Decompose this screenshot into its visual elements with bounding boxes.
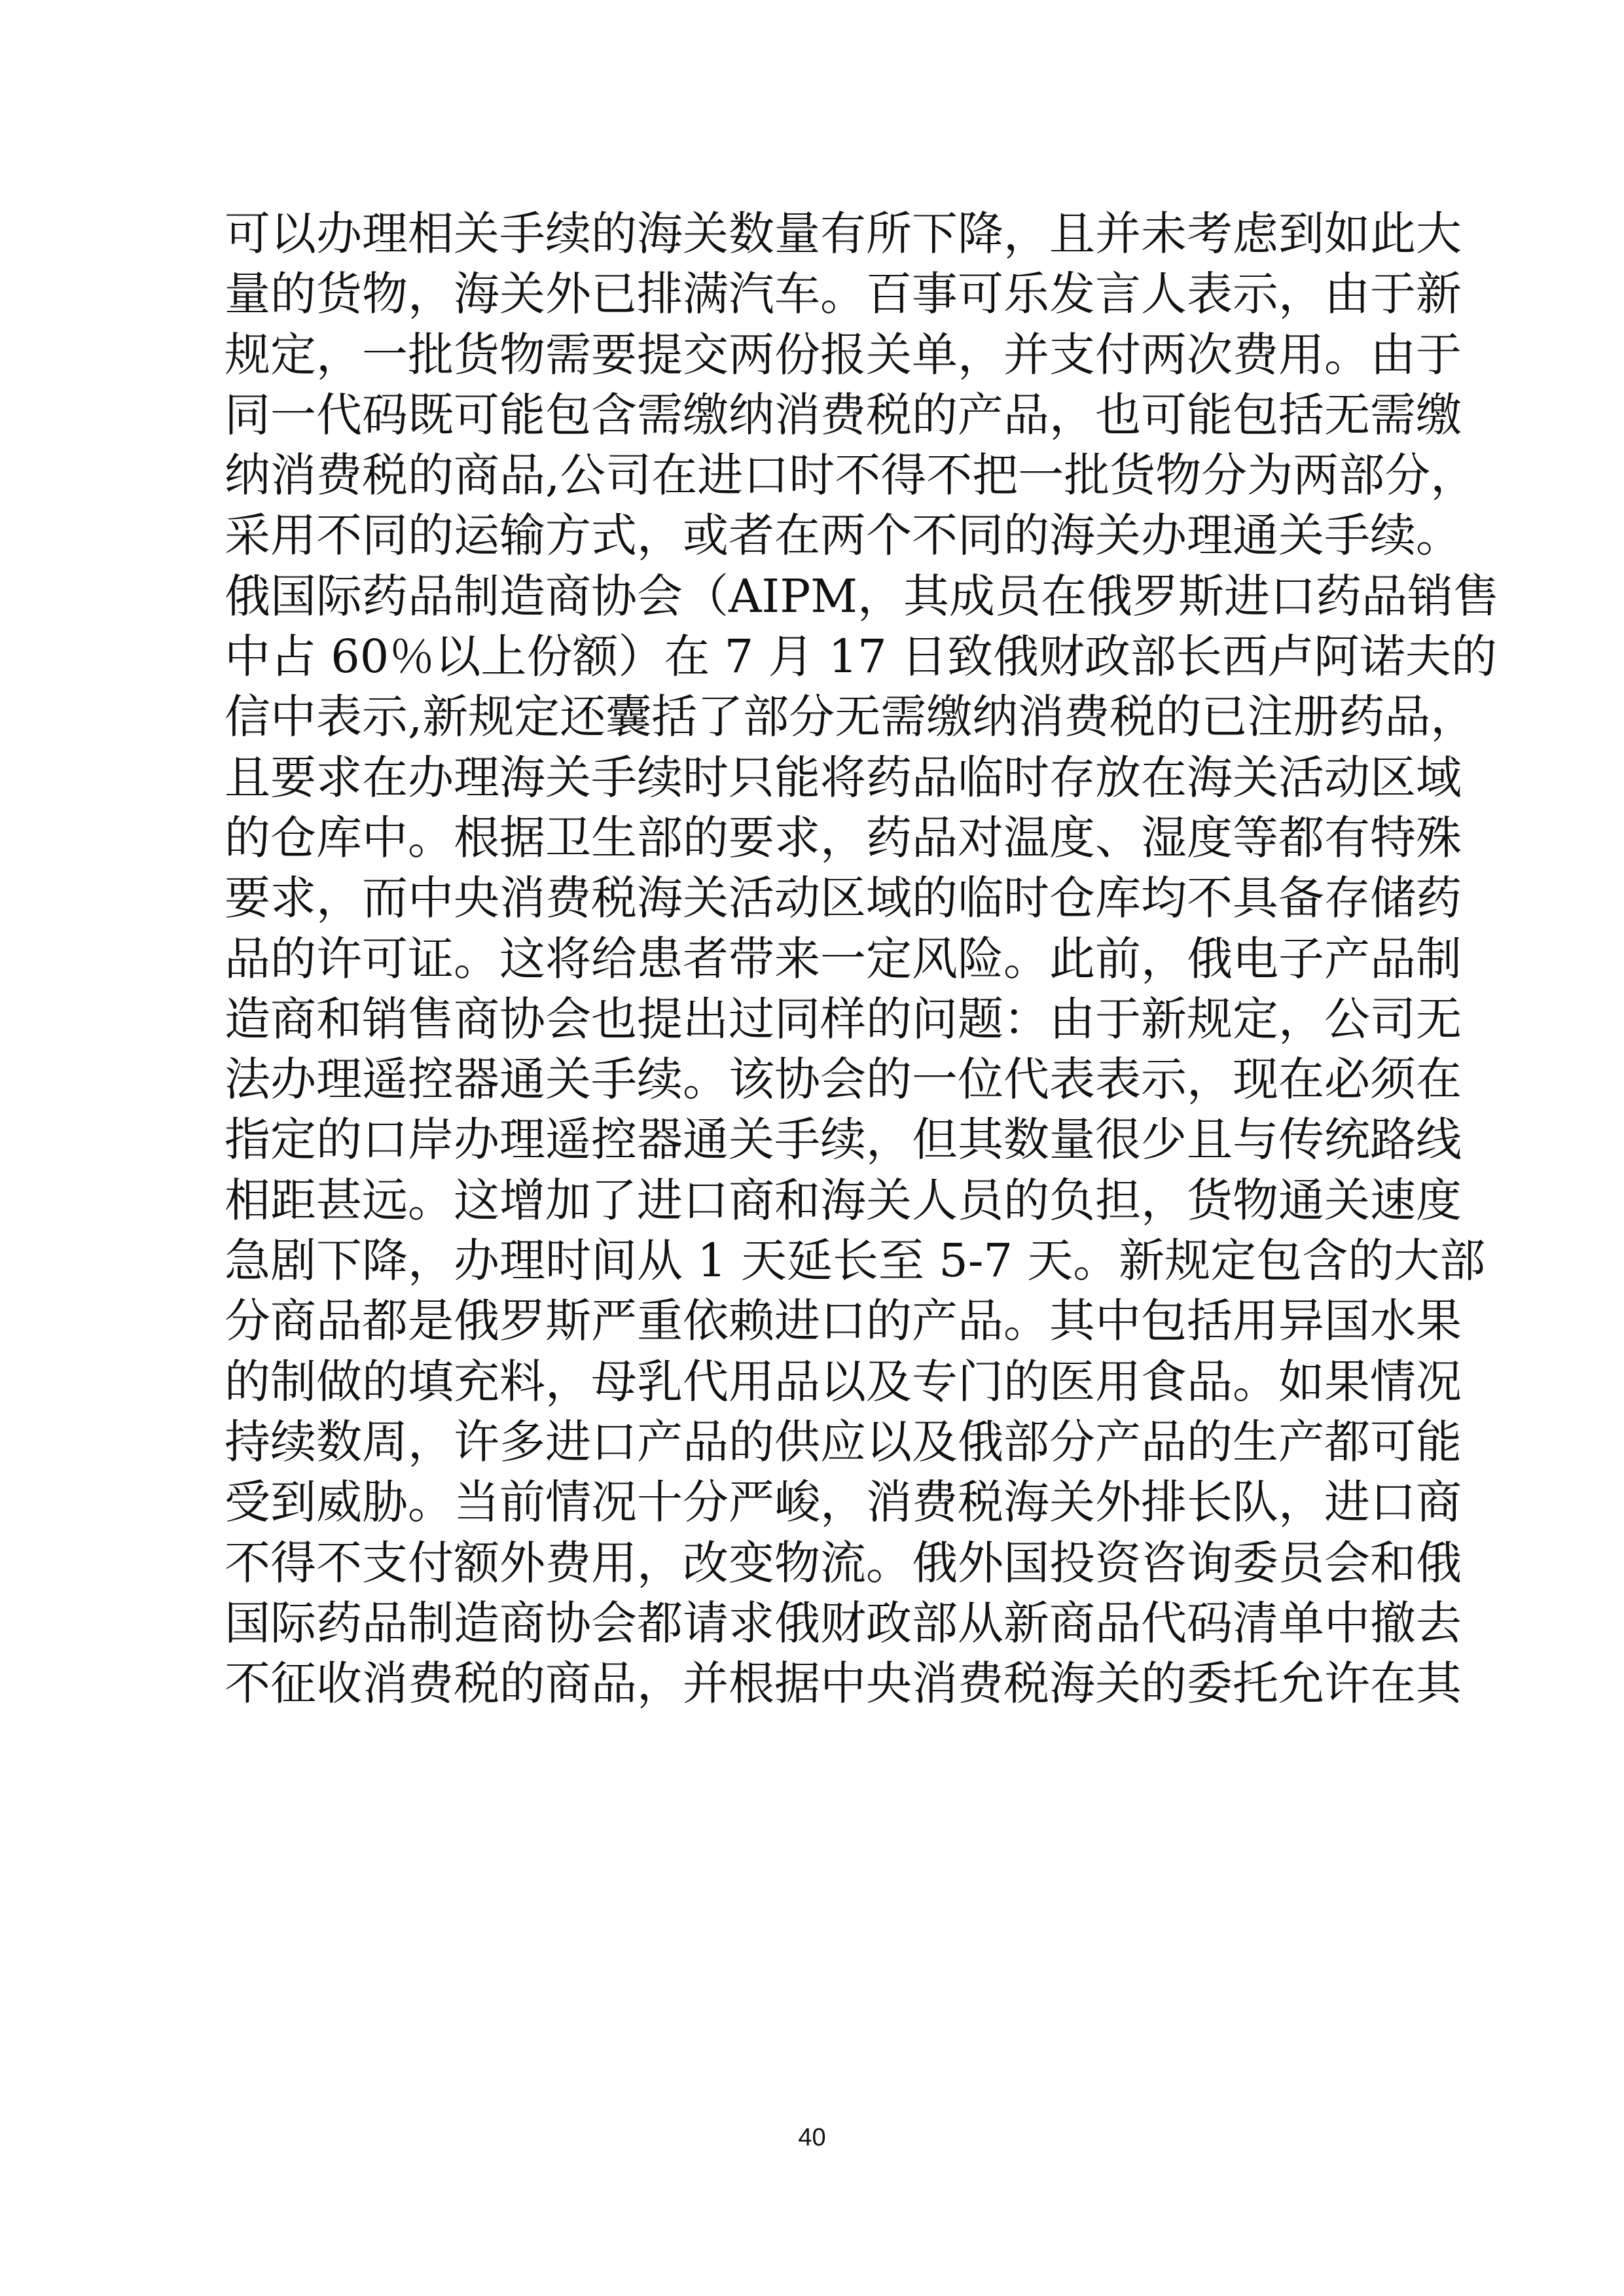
text-line: 急剧下降，办理时间从 1 天延长至 5-7 天。新规定包含的大部 (225, 1230, 1403, 1291)
text-line: 不征收消费税的商品，并根据中央消费税海关的委托允许在其 (225, 1653, 1403, 1713)
text-line: 品的许可证。这将给患者带来一定风险。此前，俄电子产品制 (225, 929, 1403, 989)
text-line: 规定，一批货物需要提交两份报关单，并支付两次费用。由于 (225, 325, 1403, 385)
text-line: 中占 60％以上份额）在 7 月 17 日致俄财政部长西卢阿诺夫的 (225, 626, 1403, 687)
text-line: 不得不支付额外费用，改变物流。俄外国投资咨询委员会和俄 (225, 1533, 1403, 1593)
text-line: 俄国际药品制造商协会（AIPM，其成员在俄罗斯进口药品销售 (225, 566, 1403, 626)
text-line: 国际药品制造商协会都请求俄财政部从新商品代码清单中撤去 (225, 1593, 1403, 1653)
text-line: 量的货物，海关外已排满汽车。百事可乐发言人表示，由于新 (225, 264, 1403, 324)
text-line: 持续数周，许多进口产品的供应以及俄部分产品的生产都可能 (225, 1412, 1403, 1472)
text-line: 的制做的填充料，母乳代用品以及专门的医用食品。如果情况 (225, 1352, 1403, 1412)
text-line: 信中表示,新规定还囊括了部分无需缴纳消费税的已注册药品， (225, 687, 1403, 747)
text-line: 的仓库中。根据卫生部的要求，药品对温度、湿度等都有特殊 (225, 808, 1403, 868)
body-paragraph: 可以办理相关手续的海关数量有所下降，且并未考虑到如此大 量的货物，海关外已排满汽… (225, 204, 1403, 1713)
text-line: 可以办理相关手续的海关数量有所下降，且并未考虑到如此大 (225, 204, 1403, 264)
page-number: 40 (0, 2124, 1624, 2152)
text-line: 相距甚远。这增加了进口商和海关人员的负担，货物通关速度 (225, 1170, 1403, 1230)
text-line: 造商和销售商协会也提出过同样的问题：由于新规定，公司无 (225, 989, 1403, 1049)
text-line: 要求，而中央消费税海关活动区域的临时仓库均不具备存储药 (225, 868, 1403, 928)
text-line: 受到威胁。当前情况十分严峻，消费税海关外排长队，进口商 (225, 1472, 1403, 1532)
text-line: 法办理遥控器通关手续。该协会的一位代表表示，现在必须在 (225, 1049, 1403, 1109)
document-page: 可以办理相关手续的海关数量有所下降，且并未考虑到如此大 量的货物，海关外已排满汽… (0, 0, 1624, 2296)
text-line: 采用不同的运输方式，或者在两个不同的海关办理通关手续。 (225, 505, 1403, 565)
text-line: 同一代码既可能包含需缴纳消费税的产品，也可能包括无需缴 (225, 385, 1403, 445)
text-line: 纳消费税的商品,公司在进口时不得不把一批货物分为两部分， (225, 445, 1403, 505)
text-line: 且要求在办理海关手续时只能将药品临时存放在海关活动区域 (225, 747, 1403, 808)
text-line: 指定的口岸办理遥控器通关手续，但其数量很少且与传统路线 (225, 1109, 1403, 1170)
text-line: 分商品都是俄罗斯严重依赖进口的产品。其中包括用异国水果 (225, 1291, 1403, 1351)
